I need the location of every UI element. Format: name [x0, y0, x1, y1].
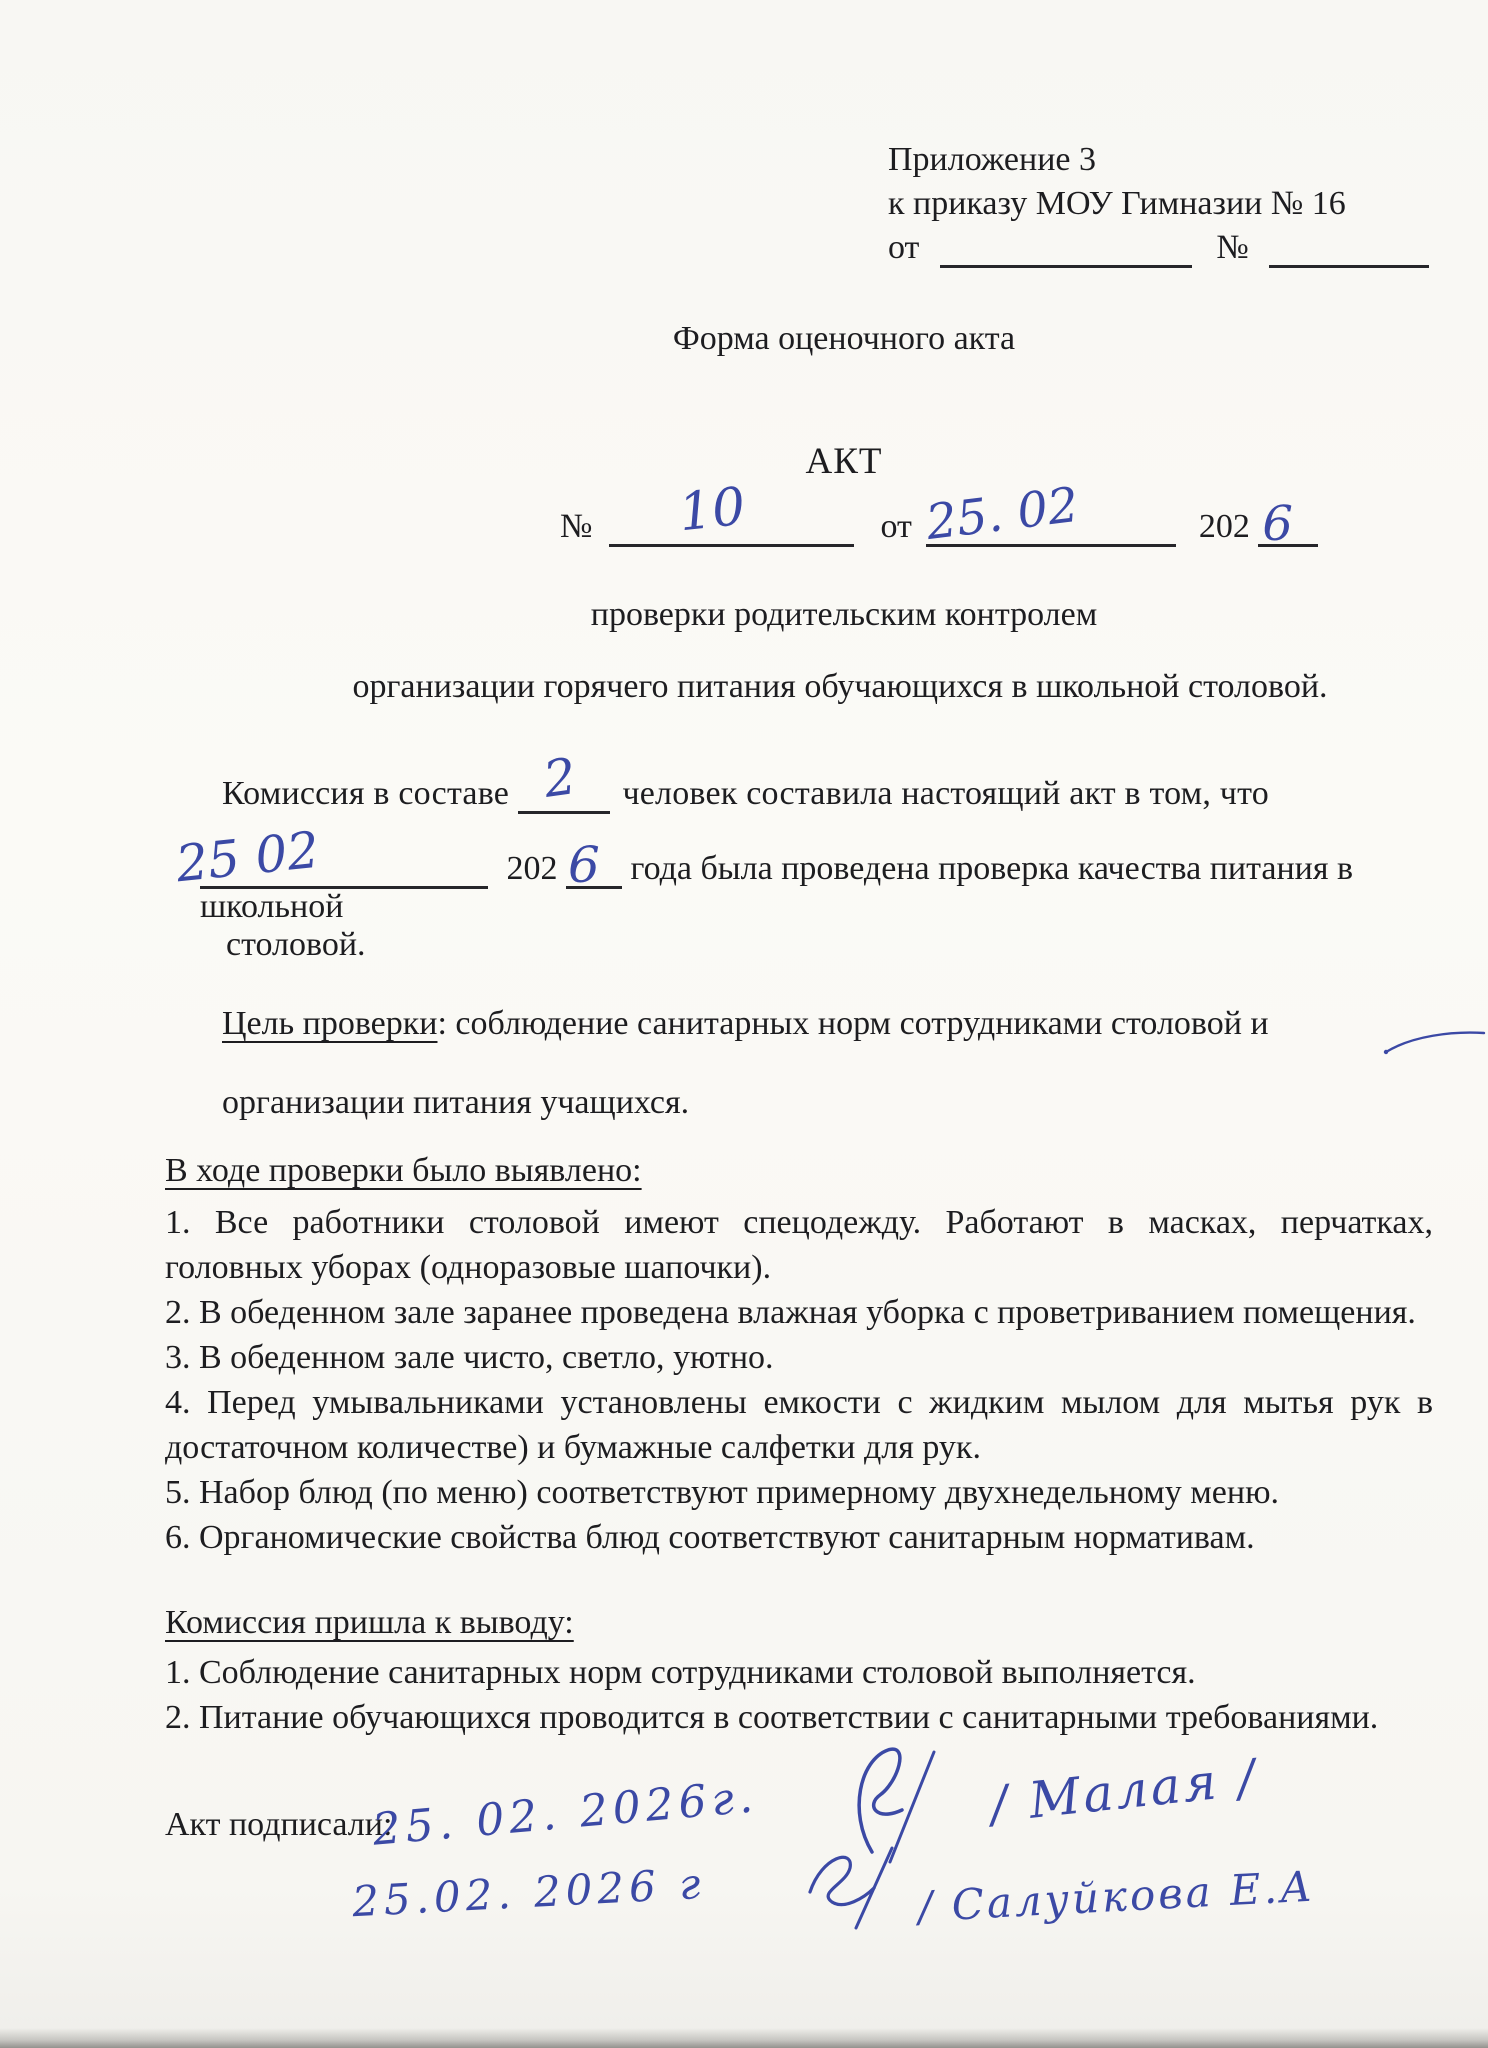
- inspection-date-line: 25 02 202 6 года была проведена проверка…: [200, 850, 1470, 926]
- handwritten-signing-date-2: 25.02. 2026 г: [351, 1859, 706, 1926]
- stray-pen-mark: [1382, 1024, 1488, 1056]
- handwritten-act-number: 10: [676, 477, 748, 544]
- handwritten-signature-name-2: / Салуйкова Е.А: [917, 1862, 1316, 1932]
- act-year-blank: 6: [1258, 534, 1318, 547]
- conclusion-item: 1. Соблюдение санитарных норм сотрудника…: [165, 1650, 1433, 1695]
- findings-section: В ходе проверки было выявлено: 1. Все ра…: [165, 1152, 1433, 1560]
- date-blank-line: [940, 255, 1192, 268]
- finding-item: 6. Органомические свойства блюд соответс…: [165, 1515, 1433, 1560]
- finding-item: 1. Все работники столовой имеют спецодеж…: [165, 1200, 1433, 1290]
- goal-line: Цель проверки: соблюдение санитарных нор…: [222, 1005, 1452, 1043]
- appendix-line2: к приказу МОУ Гимназии № 16: [888, 182, 1429, 226]
- no-label: №: [1216, 229, 1248, 266]
- commission-post: человек составила настоящий акт в том, ч…: [622, 775, 1268, 812]
- signing-label: Акт подписали:: [165, 1806, 392, 1844]
- conclusion-item: 2. Питание обучающихся проводится в соот…: [165, 1695, 1433, 1740]
- goal-line-2: организации питания учащихся.: [222, 1084, 689, 1122]
- act-subtitle-2: организации горячего питания обучающихся…: [196, 668, 1484, 706]
- handwritten-inspection-date: 25 02: [173, 821, 321, 894]
- inspection-date-blank: 25 02: [200, 876, 488, 889]
- handwritten-commission-count: 2: [540, 747, 580, 809]
- act-number-blank: 10: [609, 534, 854, 547]
- appendix-line3: от №: [888, 226, 1429, 270]
- scanned-act-document: Приложение 3 к приказу МОУ Гимназии № 16…: [0, 0, 1488, 2048]
- act-no-label: №: [560, 508, 592, 545]
- goal-label: Цель проверки: [222, 1005, 437, 1042]
- finding-item: 2. В обеденном зале заранее проведена вл…: [165, 1290, 1433, 1335]
- act-subtitle-1: проверки родительским контролем: [200, 596, 1488, 634]
- signature-stroke-2: [802, 1842, 902, 1942]
- handwritten-signature-name-1: / Малая /: [988, 1748, 1261, 1834]
- commission-pre: Комиссия в составе: [222, 775, 509, 812]
- finding-item: 4. Перед умывальниками установлены емкос…: [165, 1380, 1433, 1470]
- inspection-year-blank: 6: [566, 876, 622, 889]
- handwritten-signing-date-1: 25. 02. 2026г.: [371, 1771, 760, 1855]
- form-title: Форма оценочного акта: [200, 320, 1488, 358]
- commission-line: Комиссия в составе 2 человек составила н…: [222, 775, 1452, 813]
- act-year-printed: 202: [1199, 508, 1250, 545]
- handwritten-act-year: 6: [1262, 496, 1293, 552]
- handwritten-inspection-year: 6: [568, 836, 600, 894]
- findings-heading: В ходе проверки было выявлено:: [165, 1152, 1433, 1190]
- appendix-line1: Приложение 3: [888, 138, 1429, 182]
- appendix-header: Приложение 3 к приказу МОУ Гимназии № 16…: [888, 138, 1429, 270]
- stolovoy-line: столовой.: [226, 926, 366, 964]
- goal-text: : соблюдение санитарных норм сотрудникам…: [437, 1005, 1268, 1042]
- handwritten-act-date: 25. 02: [924, 477, 1082, 551]
- finding-item: 5. Набор блюд (по меню) соответствуют пр…: [165, 1470, 1433, 1515]
- act-ot-label: от: [880, 508, 911, 545]
- act-date-blank: 25. 02: [926, 534, 1176, 547]
- finding-item: 3. В обеденном зале чисто, светло, уютно…: [165, 1335, 1433, 1380]
- commission-count-blank: 2: [518, 801, 610, 814]
- number-blank-line: [1269, 255, 1429, 268]
- act-title: АКТ: [200, 440, 1488, 483]
- act-number-line: № 10 от 25. 02 202 6: [560, 508, 1318, 546]
- conclusion-section: Комиссия пришла к выводу: 1. Соблюдение …: [165, 1604, 1433, 1740]
- inspection-year-printed: 202: [507, 850, 558, 887]
- ot-label: от: [888, 229, 919, 266]
- scan-edge-shadow: [0, 2028, 1488, 2048]
- conclusion-heading: Комиссия пришла к выводу:: [165, 1604, 1433, 1642]
